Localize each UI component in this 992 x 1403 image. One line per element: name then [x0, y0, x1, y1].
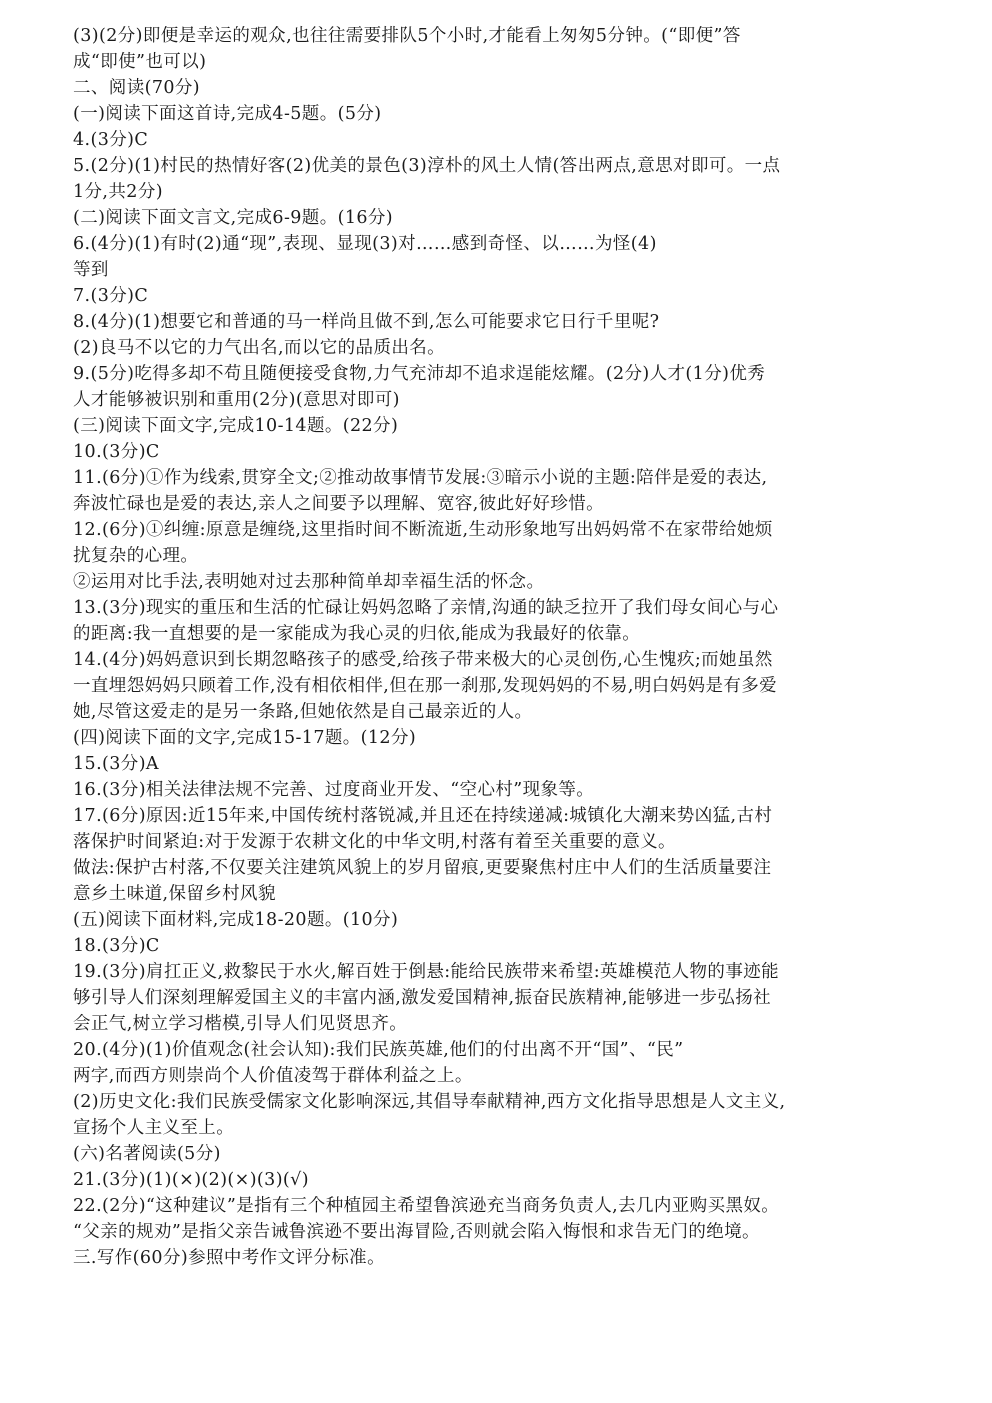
text-line: 会正气,树立学习楷模,引导人们见贤思齐。: [73, 1011, 933, 1037]
subsection-heading: (五)阅读下面材料,完成18-20题。(10分): [73, 907, 933, 933]
subsection-heading: (一)阅读下面这首诗,完成4-5题。(5分): [73, 101, 933, 127]
text-line: 两字,而西方则崇尚个人价值凌驾于群体利益之上。: [73, 1063, 933, 1089]
subsection-heading: (四)阅读下面的文字,完成15-17题。(12分): [73, 725, 933, 751]
subsection-heading: (二)阅读下面文言文,完成6-9题。(16分): [73, 205, 933, 231]
text-line: 她,尽管这爱走的是另一条路,但她依然是自己最亲近的人。: [73, 699, 933, 725]
text-line: (2)良马不以它的力气出名,而以它的品质出名。: [73, 335, 933, 361]
text-line: 做法:保护古村落,不仅要关注建筑风貌上的岁月留痕,更要聚焦村庄中人们的生活质量要…: [73, 855, 933, 881]
answer-line: 20.(4分)(1)价值观念(社会认知):我们民族英雄,他们的付出离不开“国”、…: [73, 1037, 933, 1063]
text-line: ②运用对比手法,表明她对过去那种简单却幸福生活的怀念。: [73, 569, 933, 595]
text-line: 成“即使”也可以): [73, 49, 933, 75]
answer-line: 10.(3分)C: [73, 439, 933, 465]
text-line: 奔波忙碌也是爱的表达,亲人之间要予以理解、宽容,彼此好好珍惜。: [73, 491, 933, 517]
text-line: 扰复杂的心理。: [73, 543, 933, 569]
answer-line: 5.(2分)(1)村民的热情好客(2)优美的景色(3)淳朴的风土人情(答出两点,…: [73, 153, 933, 179]
answer-line: 4.(3分)C: [73, 127, 933, 153]
text-line: (2)历史文化:我们民族受儒家文化影响深远,其倡导奉献精神,西方文化指导思想是人…: [73, 1089, 933, 1115]
answer-line: 19.(3分)肩扛正义,救黎民于水火,解百姓于倒悬:能给民族带来希望:英雄模范人…: [73, 959, 933, 985]
answer-line: 11.(6分)①作为线索,贯穿全文;②推动故事情节发展:③暗示小说的主题:陪伴是…: [73, 465, 933, 491]
answer-line: 17.(6分)原因:近15年来,中国传统村落锐减,并且还在持续递减:城镇化大潮来…: [73, 803, 933, 829]
text-line: 一直埋怨妈妈只顾着工作,没有相依相伴,但在那一刹那,发现妈妈的不易,明白妈妈是有…: [73, 673, 933, 699]
answer-line: 22.(2分)“这种建议”是指有三个种植园主希望鲁滨逊充当商务负责人,去几内亚购…: [73, 1193, 933, 1219]
answer-line: 6.(4分)(1)有时(2)通“现”,表现、显现(3)对……感到奇怪、以……为怪…: [73, 231, 933, 257]
answer-line: 15.(3分)A: [73, 751, 933, 777]
answer-line: 13.(3分)现实的重压和生活的忙碌让妈妈忽略了亲情,沟通的缺乏拉开了我们母女间…: [73, 595, 933, 621]
text-line: 1分,共2分): [73, 179, 933, 205]
answer-line: 16.(3分)相关法律法规不完善、过度商业开发、“空心村”现象等。: [73, 777, 933, 803]
subsection-heading: (三)阅读下面文字,完成10-14题。(22分): [73, 413, 933, 439]
text-line: 人才能够被识别和重用(2分)(意思对即可): [73, 387, 933, 413]
answer-line: 12.(6分)①纠缠:原意是缠绕,这里指时间不断流逝,生动形象地写出妈妈常不在家…: [73, 517, 933, 543]
text-line: 够引导人们深刻理解爱国主义的丰富内涵,激发爱国精神,振奋民族精神,能够进一步弘扬…: [73, 985, 933, 1011]
subsection-heading: (六)名著阅读(5分): [73, 1141, 933, 1167]
text-line: 落保护时间紧迫:对于发源于农耕文化的中华文明,村落有着至关重要的意义。: [73, 829, 933, 855]
answer-key-document: (3)(2分)即便是幸运的观众,也往往需要排队5个小时,才能看上匆匆5分钟。(“…: [73, 23, 933, 1271]
text-line: 的距离:我一直想要的是一家能成为我心灵的归依,能成为我最好的依靠。: [73, 621, 933, 647]
section-heading: 二、阅读(70分): [73, 75, 933, 101]
answer-line: 14.(4分)妈妈意识到长期忽略孩子的感受,给孩子带来极大的心灵创伤,心生愧疚;…: [73, 647, 933, 673]
text-line: 宣扬个人主义至上。: [73, 1115, 933, 1141]
text-line: (3)(2分)即便是幸运的观众,也往往需要排队5个小时,才能看上匆匆5分钟。(“…: [73, 23, 933, 49]
text-line: 等到: [73, 257, 933, 283]
text-line: “父亲的规劝”是指父亲告诫鲁滨逊不要出海冒险,否则就会陷入悔恨和求告无门的绝境。: [73, 1219, 933, 1245]
answer-line: 7.(3分)C: [73, 283, 933, 309]
answer-line: 21.(3分)(1)(×)(2)(×)(3)(√): [73, 1167, 933, 1193]
answer-line: 18.(3分)C: [73, 933, 933, 959]
section-heading: 三.写作(60分)参照中考作文评分标准。: [73, 1245, 933, 1271]
text-line: 意乡土味道,保留乡村风貌: [73, 881, 933, 907]
answer-line: 9.(5分)吃得多却不苟且随便接受食物,力气充沛却不追求逞能炫耀。(2分)人才(…: [73, 361, 933, 387]
answer-line: 8.(4分)(1)想要它和普通的马一样尚且做不到,怎么可能要求它日行千里呢?: [73, 309, 933, 335]
